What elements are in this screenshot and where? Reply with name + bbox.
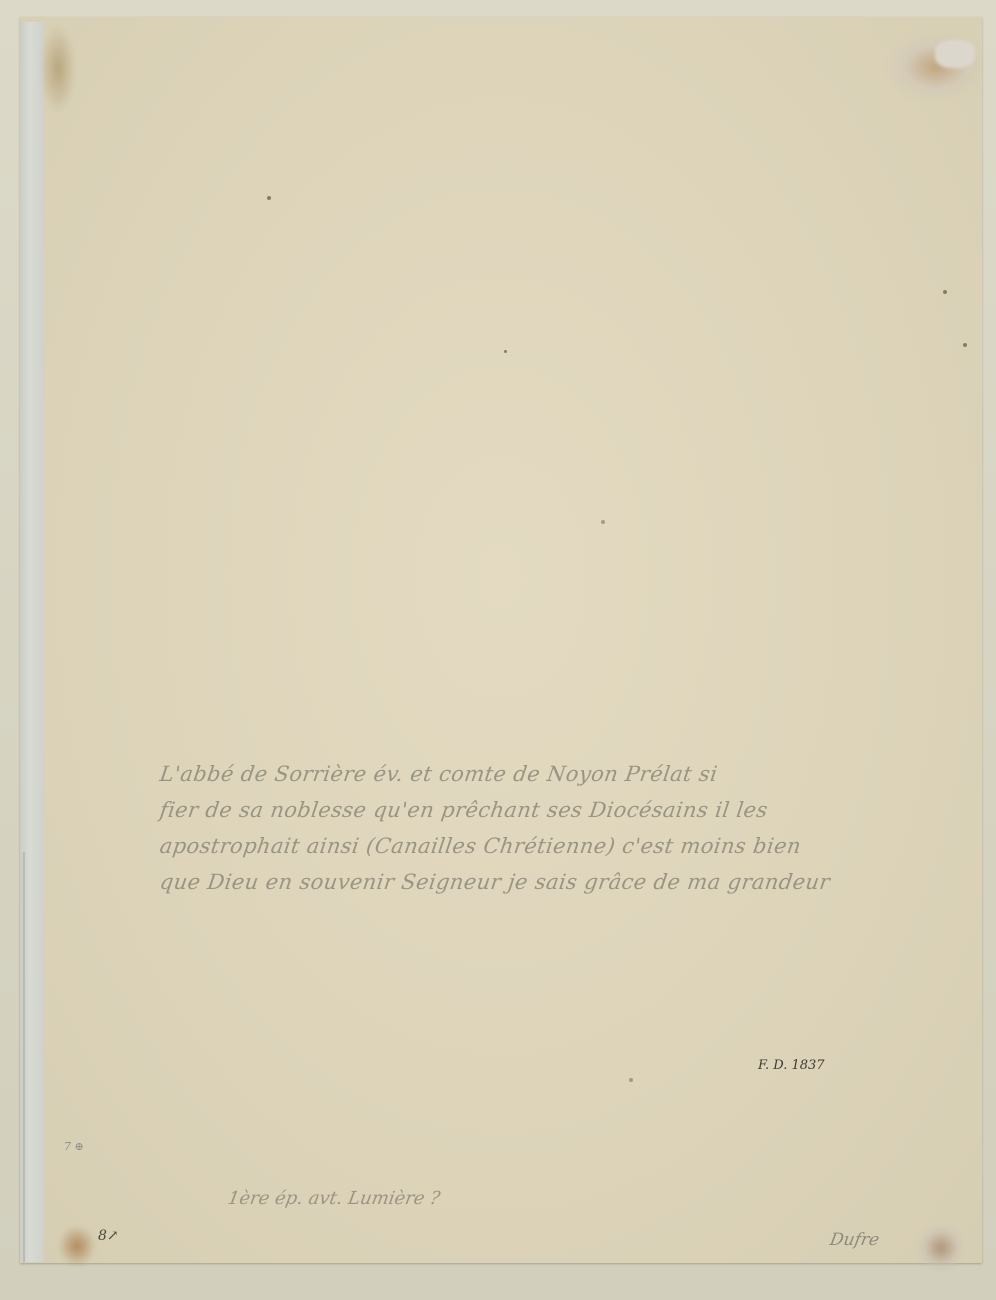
fleck-mark bbox=[943, 290, 947, 294]
fleck-mark bbox=[963, 343, 967, 347]
inscription-line: apostrophait ainsi (Canailles Chrétienne… bbox=[157, 828, 922, 864]
fleck-mark bbox=[267, 196, 271, 200]
signature: Dufre bbox=[828, 1230, 881, 1250]
fleck-mark bbox=[504, 350, 507, 353]
edition-note: 1ère ép. avt. Lumière ? bbox=[226, 1188, 442, 1209]
paper-loss-top-right bbox=[935, 40, 975, 68]
foxing-stain-top-left bbox=[40, 24, 76, 114]
foxing-stain-bottom-left bbox=[58, 1225, 96, 1267]
date-mark: F. D. 1837 bbox=[758, 1058, 825, 1073]
inscription-line: que Dieu en souvenir Seigneur je sais gr… bbox=[157, 864, 922, 900]
fleck-mark bbox=[629, 1078, 633, 1082]
pencil-inscription: L'abbé de Sorrière év. et comte de Noyon… bbox=[160, 756, 920, 900]
stamp-mark: 7 ⊕ bbox=[64, 1140, 84, 1153]
tape-edge-line bbox=[23, 852, 25, 1262]
number-mark: 8↗ bbox=[98, 1228, 119, 1244]
fleck-mark bbox=[601, 520, 605, 524]
paper-sheet bbox=[20, 17, 982, 1263]
inscription-line: L'abbé de Sorrière év. et comte de Noyon… bbox=[157, 756, 922, 792]
foxing-stain-bottom-right bbox=[918, 1225, 964, 1271]
inscription-line: fier de sa noblesse qu'en prêchant ses D… bbox=[157, 792, 922, 828]
